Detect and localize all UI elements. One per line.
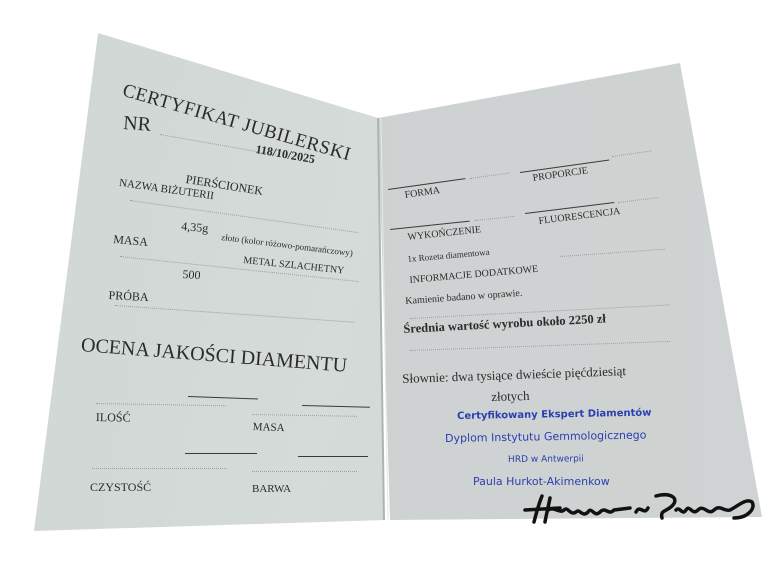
signature-icon [520,488,760,528]
assay-value: 500 [182,267,201,283]
clarity-dotted-line [92,468,227,469]
diamond-mass-label: MASA [253,421,285,434]
stamp-hrd: HRD w Antwerpii [508,454,584,465]
clarity-underline [185,453,257,454]
quantity-label: ILOŚĆ [96,410,131,426]
color-underline [298,456,368,457]
stamp-signer-name: Paula Hurkot-Akimenkow [473,475,610,488]
assay-label: PRÓBA [108,288,149,305]
clarity-label: CZYSTOŚĆ [90,480,151,495]
color-dotted-line [252,471,357,472]
amount-in-words-line2: złotych [491,388,530,405]
number-label: NR [122,112,151,137]
mass-value: 4,35g [181,219,209,236]
color-label: BARWA [252,483,291,495]
mass-label: MASA [113,232,149,250]
